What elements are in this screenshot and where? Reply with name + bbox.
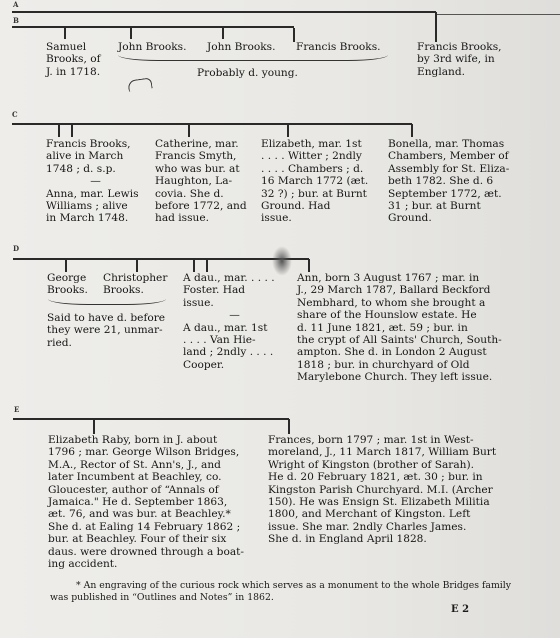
text-line: Foster. Had [183, 284, 286, 296]
text-line: had issue. [155, 212, 250, 224]
text-line: J. in 1718. [46, 66, 108, 78]
line-d [13, 258, 309, 260]
text-line: who was bur. at [155, 163, 250, 175]
text-line: Francis Smyth, [155, 150, 250, 162]
entry-ann: Ann, born 3 August 1767 ; mar. in J., 29… [297, 272, 513, 384]
tick [193, 260, 195, 272]
text-line: before 1772, and [155, 200, 250, 212]
line-e [13, 418, 289, 420]
tick [65, 260, 67, 272]
footnote-line-2: was published in “Outlines and Notes” in… [50, 592, 274, 603]
text-line: Jamaica." He d. September 1863, [48, 496, 248, 508]
tick [71, 125, 73, 137]
text-line: Francis Brooks, [417, 41, 513, 53]
tick [308, 259, 310, 272]
text-line: England. [417, 66, 513, 78]
text-line: M.A., Rector of St. Ann's, J., and [48, 459, 248, 471]
tick [136, 260, 138, 272]
text-line: 1748 ; d. s.p. [46, 163, 145, 175]
tick [188, 125, 190, 137]
entry-francis-brooks: Francis Brooks. [296, 41, 381, 53]
text-line: ing accident. [48, 558, 248, 570]
text-line: ried. [47, 337, 171, 349]
text-line: 16 March 1772 (æt. [261, 175, 371, 187]
text-line: moreland, J., 11 March 1817, William Bur… [268, 446, 513, 458]
text-line: Ann, born 3 August 1767 ; mar. in [297, 272, 513, 284]
text-line: beth 1782. She d. 6 [388, 175, 512, 187]
handwritten-mark [127, 77, 152, 91]
tick [58, 125, 60, 137]
brothers-note: Said to have d. before they were 21, unm… [47, 312, 171, 349]
text-line: Kingston Parish Churchyard. M.I. (Archer [268, 484, 513, 496]
text-line: the crypt of All Saints' Church, South- [297, 334, 513, 346]
text-line: He d. 20 February 1821, æt. 30 ; bur. in [268, 471, 513, 483]
text-line: daus. were drowned through a boat- [48, 546, 248, 558]
text-line: 1796 ; mar. George Wilson Bridges, [48, 446, 248, 458]
text-line: Nembhard, to whom she brought a [297, 297, 513, 309]
entry-elizabeth-raby: Elizabeth Raby, born in J. about 1796 ; … [48, 434, 248, 570]
footnote-line-1: * An engraving of the curious rock which… [76, 580, 511, 591]
entry-bonella: Bonella, mar. Thomas Chambers, Member of… [388, 138, 512, 225]
text-line: 1800, and Merchant of Kingston. Left [268, 508, 513, 520]
text-line: ampton. She d. in London 2 August [297, 346, 513, 358]
text-line: Marylebone Church. They left issue. [297, 371, 513, 383]
text-line: 32 ?) ; bur. at Burnt [261, 188, 371, 200]
text-line: Assembly for St. Eliza- [388, 163, 512, 175]
text-line: share of the Hounslow estate. He [297, 309, 513, 321]
text-line: Said to have d. before [47, 312, 171, 324]
tick [293, 28, 295, 42]
entry-frances: Frances, born 1797 ; mar. 1st in West- m… [268, 434, 513, 546]
section-label-b: B [13, 16, 19, 25]
tick [287, 125, 289, 137]
text-line: A dau., mar. 1st [183, 322, 286, 334]
tick [206, 260, 208, 272]
text-line: . . . . Witter ; 2ndly [261, 150, 371, 162]
text-line: Brooks. [47, 284, 107, 296]
text-line: 150). He was Ensign St. Elizabeth Militi… [268, 496, 513, 508]
text-line: Francis Brooks, [46, 138, 145, 150]
text-line: Cooper. [183, 359, 286, 371]
section-label-e: E [14, 405, 19, 414]
text-line: J., 29 March 1787, Ballard Beckford [297, 284, 513, 296]
text-line: æt. 76, and was bur. at Beachley.* [48, 508, 248, 520]
text-line: later Incumbent at Beachley, co. [48, 471, 248, 483]
line-a [12, 11, 436, 13]
entry-john-brooks-1: John Brooks. [118, 41, 186, 53]
entry-daughter-foster: A dau., mar. . . . . Foster. Had issue. … [183, 272, 286, 371]
tick [288, 419, 290, 434]
entry-samuel-brooks: Samuel Brooks, of J. in 1718. [46, 41, 108, 78]
line-a-continued [436, 14, 560, 15]
group-brace [118, 54, 388, 61]
text-line: George [47, 272, 107, 284]
entry-christopher-brooks: Christopher Brooks. [103, 272, 175, 297]
text-line: Haughton, La- [155, 175, 250, 187]
document-page: A B Samuel Brooks, of J. in 1718. John B… [0, 0, 560, 638]
text-line: Anna, mar. Lewis [46, 188, 145, 200]
text-line: Ground. [388, 212, 512, 224]
text-line: Bonella, mar. Thomas [388, 138, 512, 150]
entry-francis-brooks-c: Francis Brooks, alive in March 1748 ; d.… [46, 138, 145, 225]
text-line: September 1772, æt. [388, 188, 512, 200]
entry-elizabeth-c: Elizabeth, mar. 1st . . . . Witter ; 2nd… [261, 138, 371, 225]
line-b [12, 26, 294, 28]
tick [64, 28, 66, 39]
text-line: Frances, born 1797 ; mar. 1st in West- [268, 434, 513, 446]
text-line: Samuel [46, 41, 108, 53]
group-note: Probably d. young. [197, 67, 298, 79]
brothers-brace [48, 298, 166, 305]
text-line: . . . . Van Hie- [183, 334, 286, 346]
tick [435, 12, 437, 42]
text-line: She d. at Ealing 14 February 1862 ; [48, 521, 248, 533]
text-line: issue. [183, 297, 286, 309]
text-line: alive in March [46, 150, 145, 162]
section-label-c: C [12, 110, 18, 119]
text-line: 31 ; bur. at Burnt [388, 200, 512, 212]
separator-dash: — [46, 175, 145, 187]
text-line: Christopher [103, 272, 175, 284]
text-line: d. 11 June 1821, æt. 59 ; bur. in [297, 322, 513, 334]
separator-dash: — [183, 309, 286, 321]
entry-francis-brooks-3rd-wife: Francis Brooks, by 3rd wife, in England. [417, 41, 513, 78]
text-line: Wright of Kingston (brother of Sarah). [268, 459, 513, 471]
text-line: land ; 2ndly . . . . [183, 346, 286, 358]
tick [93, 420, 95, 434]
text-line: Williams ; alive [46, 200, 145, 212]
text-line: She d. in England April 1828. [268, 533, 513, 545]
text-line: bur. at Beachley. Four of their six [48, 533, 248, 545]
text-line: Elizabeth Raby, born in J. about [48, 434, 248, 446]
tick [222, 28, 224, 39]
text-line: Brooks. [103, 284, 175, 296]
text-line: A dau., mar. . . . . [183, 272, 286, 284]
text-line: Ground. Had [261, 200, 371, 212]
text-line: Elizabeth, mar. 1st [261, 138, 371, 150]
text-line: 1818 ; bur. in churchyard of Old [297, 359, 513, 371]
section-label-d: D [13, 244, 19, 253]
tick [130, 28, 132, 39]
text-line: issue. [261, 212, 371, 224]
text-line: covia. She d. [155, 188, 250, 200]
text-line: Brooks, of [46, 53, 108, 65]
section-label-a: A [13, 0, 18, 9]
entry-catherine: Catherine, mar. Francis Smyth, who was b… [155, 138, 250, 225]
text-line: Chambers, Member of [388, 150, 512, 162]
text-line: Gloucester, author of “Annals of [48, 484, 248, 496]
text-line: . . . . Chambers ; d. [261, 163, 371, 175]
entry-john-brooks-2: John Brooks. [207, 41, 275, 53]
text-line: by 3rd wife, in [417, 53, 513, 65]
text-line: they were 21, unmar- [47, 324, 171, 336]
page-signature: E 2 [451, 604, 469, 615]
text-line: in March 1748. [46, 212, 145, 224]
text-line: Catherine, mar. [155, 138, 250, 150]
text-line: issue. She mar. 2ndly Charles James. [268, 521, 513, 533]
entry-george-brooks: George Brooks. [47, 272, 107, 297]
tick [411, 124, 413, 137]
